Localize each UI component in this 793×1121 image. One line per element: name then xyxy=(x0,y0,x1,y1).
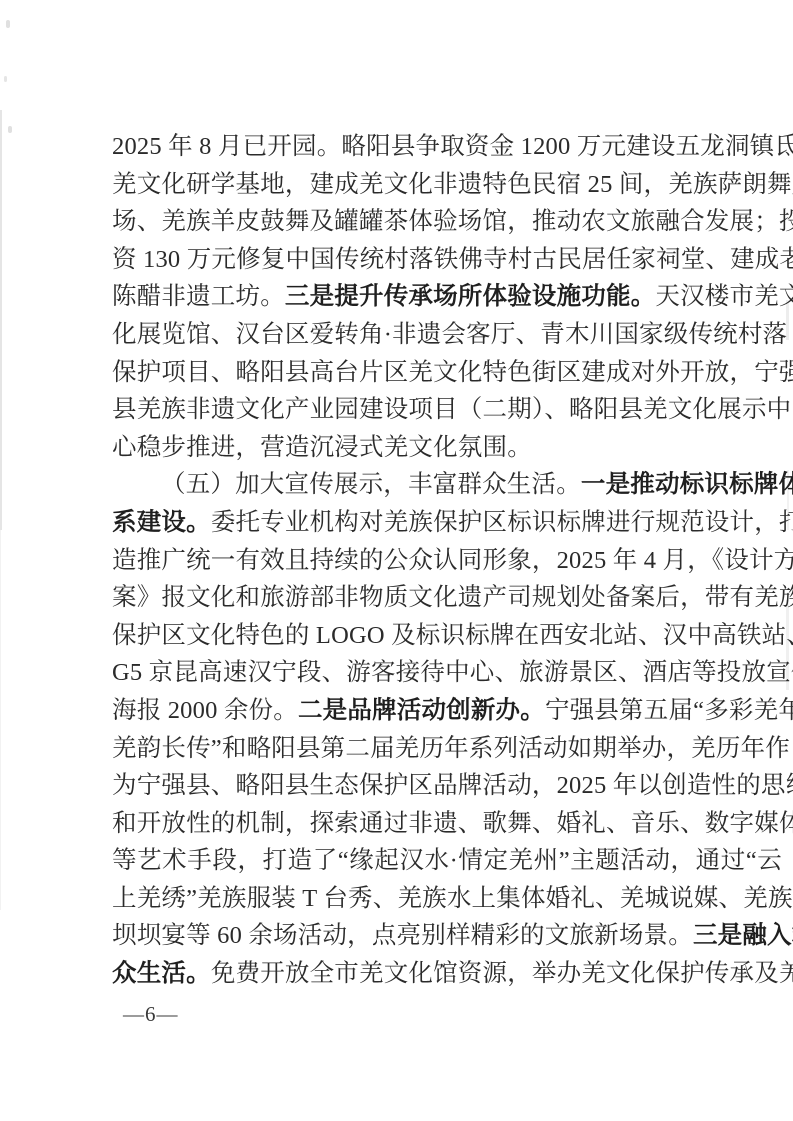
text-line: （五）加大宣传展示，丰富群众生活。一是推动标识标牌体 xyxy=(112,466,782,504)
body-text: 羌文化研学基地，建成羌文化非遗特色民宿 25 间，羌族萨朗舞广 xyxy=(112,171,793,198)
body-text: 委托专业机构对羌族保护区标识标牌进行规范设计，打 xyxy=(211,509,793,536)
text-line: 心稳步推进，营造沉浸式羌文化氛围。 xyxy=(112,429,782,467)
scanned-document-page: { "page": { "background": "#ffffff", "in… xyxy=(0,0,793,1121)
body-text: 保护区文化特色的 LOGO 及标识标牌在西安北站、汉中高铁站、 xyxy=(112,622,793,649)
body-text: 场、羌族羊皮鼓舞及罐罐茶体验场馆，推动农文旅融合发展；投 xyxy=(112,208,793,235)
text-line: 众生活。免费开放全市羌文化馆资源，举办羌文化保护传承及羌 xyxy=(112,955,782,993)
text-line: G5 京昆高速汉宁段、游客接待中心、旅游景区、酒店等投放宣传 xyxy=(112,654,782,692)
text-line: 上羌绣”羌族服装 T 台秀、羌族水上集体婚礼、羌城说媒、羌族 xyxy=(112,880,782,918)
document-body: 2025 年 8 月已开园。略阳县争取资金 1200 万元建设五龙洞镇氐羌文化研… xyxy=(112,128,782,993)
body-text: 保护项目、略阳县高台片区羌文化特色街区建成对外开放，宁强 xyxy=(112,359,793,386)
body-text: 化展览馆、汉台区爱转角·非遗会客厅、青木川国家级传统村落 xyxy=(112,321,787,348)
text-line: 县羌族非遗文化产业园建设项目（二期）、略阳县羌文化展示中 xyxy=(112,391,782,429)
text-line: 资 130 万元修复中国传统村落铁佛寺村古民居任家祠堂、建成老 xyxy=(112,241,782,279)
emphasis-text: 三是提升传承场所体验设施功能。 xyxy=(285,283,656,310)
body-text: 造推广统一有效且持续的公众认同形象，2025 年 4 月，《设计方 xyxy=(112,547,793,574)
body-text: 2025 年 8 月已开园。略阳县争取资金 1200 万元建设五龙洞镇氐 xyxy=(112,133,793,160)
body-text: 上羌绣”羌族服装 T 台秀、羌族水上集体婚礼、羌城说媒、羌族 xyxy=(112,885,793,912)
body-text: 县羌族非遗文化产业园建设项目（二期）、略阳县羌文化展示中 xyxy=(112,396,791,423)
page-number: —6— xyxy=(123,1002,179,1027)
text-line: 保护项目、略阳县高台片区羌文化特色街区建成对外开放，宁强 xyxy=(112,354,782,392)
text-line: 为宁强县、略阳县生态保护区品牌活动，2025 年以创造性的思维 xyxy=(112,767,782,805)
scan-artifact-left-edge-2 xyxy=(0,530,1,910)
emphasis-text: 二是品牌活动创新办。 xyxy=(298,697,545,724)
body-text: 坝坝宴等 60 余场活动，点亮别样精彩的文旅新场景。 xyxy=(112,922,693,949)
body-text: （五）加大宣传展示，丰富群众生活。 xyxy=(161,471,581,498)
emphasis-text: 三是融入群 xyxy=(693,922,793,949)
text-line: 坝坝宴等 60 余场活动，点亮别样精彩的文旅新场景。三是融入群 xyxy=(112,917,782,955)
emphasis-text: 众生活。 xyxy=(112,960,211,987)
scan-artifact-speck xyxy=(6,20,10,28)
scan-artifact-left-edge xyxy=(0,110,2,530)
body-text: 案》报文化和旅游部非物质文化遗产司规划处备案后，带有羌族 xyxy=(112,584,793,611)
scan-artifact-speck xyxy=(8,126,12,133)
body-text: 心稳步推进，营造沉浸式羌文化氛围。 xyxy=(112,434,532,461)
text-line: 化展览馆、汉台区爱转角·非遗会客厅、青木川国家级传统村落 xyxy=(112,316,782,354)
text-line: 和开放性的机制，探索通过非遗、歌舞、婚礼、音乐、数字媒体 xyxy=(112,805,782,843)
text-line: 2025 年 8 月已开园。略阳县争取资金 1200 万元建设五龙洞镇氐 xyxy=(112,128,782,166)
text-line: 等艺术手段，打造了“缘起汉水·情定羌州”主题活动，通过“云 xyxy=(112,842,782,880)
text-line: 羌韵长传”和略阳县第二届羌历年系列活动如期举办，羌历年作 xyxy=(112,730,782,768)
emphasis-text: 系建设。 xyxy=(112,509,211,536)
body-text: 陈醋非遗工坊。 xyxy=(112,283,285,310)
text-line: 造推广统一有效且持续的公众认同形象，2025 年 4 月，《设计方 xyxy=(112,542,782,580)
text-line: 保护区文化特色的 LOGO 及标识标牌在西安北站、汉中高铁站、 xyxy=(112,617,782,655)
body-text: 资 130 万元修复中国传统村落铁佛寺村古民居任家祠堂、建成老 xyxy=(112,246,793,273)
body-text: 为宁强县、略阳县生态保护区品牌活动，2025 年以创造性的思维 xyxy=(112,772,793,799)
body-text: G5 京昆高速汉宁段、游客接待中心、旅游景区、酒店等投放宣传 xyxy=(112,659,793,686)
text-line: 案》报文化和旅游部非物质文化遗产司规划处备案后，带有羌族 xyxy=(112,579,782,617)
text-line: 羌文化研学基地，建成羌文化非遗特色民宿 25 间，羌族萨朗舞广 xyxy=(112,166,782,204)
body-text: 和开放性的机制，探索通过非遗、歌舞、婚礼、音乐、数字媒体 xyxy=(112,810,793,837)
text-line: 系建设。委托专业机构对羌族保护区标识标牌进行规范设计，打 xyxy=(112,504,782,542)
emphasis-text: 一是推动标识标牌体 xyxy=(581,471,793,498)
body-text: 等艺术手段，打造了“缘起汉水·情定羌州”主题活动，通过“云 xyxy=(112,847,782,874)
body-text: 宁强县第五届“多彩羌年 xyxy=(545,697,793,724)
body-text: 海报 2000 余份。 xyxy=(112,697,298,724)
text-line: 海报 2000 余份。二是品牌活动创新办。宁强县第五届“多彩羌年 xyxy=(112,692,782,730)
body-text: 天汉楼市羌文 xyxy=(655,283,793,310)
text-line: 场、羌族羊皮鼓舞及罐罐茶体验场馆，推动农文旅融合发展；投 xyxy=(112,203,782,241)
body-text: 羌韵长传”和略阳县第二届羌历年系列活动如期举办，羌历年作 xyxy=(112,735,790,762)
body-text: 免费开放全市羌文化馆资源，举办羌文化保护传承及羌 xyxy=(211,960,793,987)
scan-artifact-speck xyxy=(4,76,7,82)
text-line: 陈醋非遗工坊。三是提升传承场所体验设施功能。天汉楼市羌文 xyxy=(112,278,782,316)
